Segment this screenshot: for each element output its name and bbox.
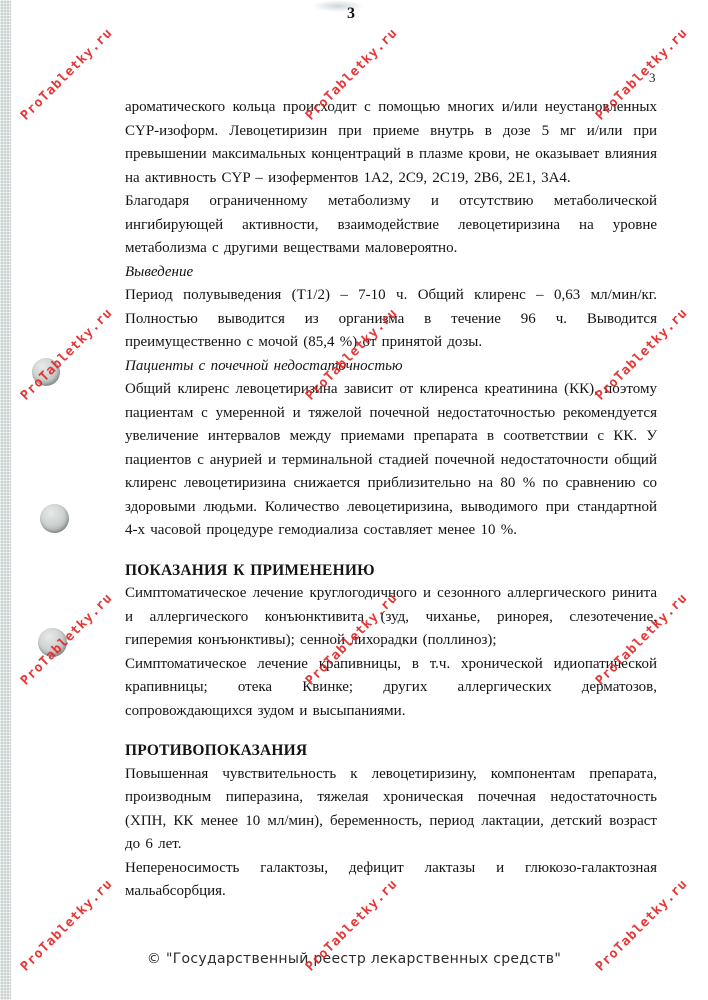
watermark-protabletky: ProTabletky.ru bbox=[12, 585, 122, 695]
subsection-heading: Выведение bbox=[125, 261, 657, 285]
document-body: ароматического кольца происходит с помощ… bbox=[125, 96, 657, 904]
watermark-protabletky: ProTabletky.ru bbox=[12, 20, 122, 130]
subsection-heading: Пациенты с почечной недостаточностью bbox=[125, 355, 657, 379]
body-paragraph: Благодаря ограниченному метаболизму и от… bbox=[125, 190, 657, 261]
footer-copyright: © "Государственный реестр лекарственных … bbox=[0, 951, 708, 967]
body-paragraph: Симптоматическое лечение круглогодичного… bbox=[125, 582, 657, 653]
scan-edge-strip bbox=[0, 0, 11, 1000]
page-number-top: 3 bbox=[337, 5, 365, 23]
page-number-corner: 3 bbox=[649, 70, 656, 86]
body-paragraph: Повышенная чувствительность к левоцетири… bbox=[125, 763, 657, 857]
body-paragraph: Период полувыведения (T1/2) – 7-10 ч. Об… bbox=[125, 284, 657, 355]
body-paragraph: Симптоматическое лечение крапивницы, в т… bbox=[125, 653, 657, 724]
body-paragraph: Непереносимость галактозы, дефицит лакта… bbox=[125, 857, 657, 904]
body-paragraph: ароматического кольца происходит с помощ… bbox=[125, 96, 657, 190]
section-heading: ПОКАЗАНИЯ К ПРИМЕНЕНИЮ bbox=[125, 559, 657, 583]
section-heading: ПРОТИВОПОКАЗАНИЯ bbox=[125, 739, 657, 763]
scanned-document-page: 3 3 ароматического кольца происходит с п… bbox=[0, 0, 708, 1000]
body-paragraph: Общий клиренс левоцетиризина зависит от … bbox=[125, 378, 657, 543]
hole-punch-dot bbox=[32, 358, 60, 386]
hole-punch-dot bbox=[40, 504, 69, 533]
hole-punch-dot bbox=[38, 628, 67, 657]
watermark-protabletky: ProTabletky.ru bbox=[12, 300, 122, 410]
